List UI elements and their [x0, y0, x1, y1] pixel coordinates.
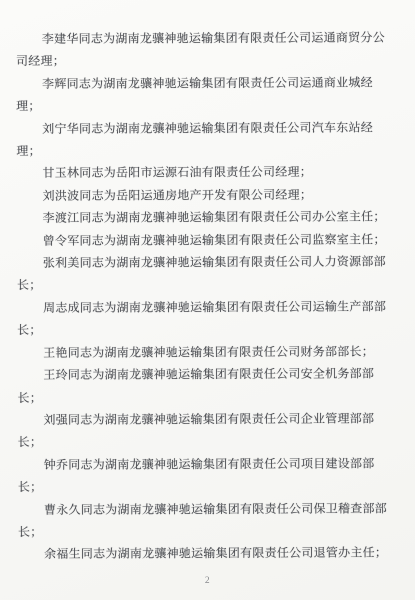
- text-line: 李建华同志为湖南龙骧神驰运输集团有限责任公司运通商贸分公: [16, 26, 394, 50]
- text-line: 曹永久同志为湖南龙骧神驰运输集团有限责任公司保卫稽查部部: [18, 497, 396, 521]
- text-line: 李渡江同志为湖南龙骧神驰运输集团有限责任公司办公室主任；: [17, 206, 395, 230]
- text-line: 理；: [16, 138, 394, 162]
- text-line: 周志成同志为湖南龙骧神驰运输集团有限责任公司运输生产部部: [17, 295, 395, 319]
- text-line: 刘宁华同志为湖南龙骧神驰运输集团有限责任公司汽车东站经: [16, 116, 394, 140]
- text-line: 长；: [17, 318, 395, 342]
- appointments-text-block: 李建华同志为湖南龙骧神驰运输集团有限责任公司运通商贸分公司经理；李辉同志为湖南龙…: [16, 26, 396, 565]
- text-line: 刘强同志为湖南龙骧神驰运输集团有限责任公司企业管理部部: [17, 407, 395, 431]
- text-line: 曾令军同志为湖南龙骧神驰运输集团有限责任公司监察室主任；: [17, 228, 395, 252]
- page-number: 2: [0, 576, 415, 586]
- text-line: 钟乔同志为湖南龙骧神驰运输集团有限责任公司项目建设部部: [18, 452, 396, 476]
- text-line: 理；: [16, 94, 394, 118]
- text-line: 张利美同志为湖南龙骧神驰运输集团有限责任公司人力资源部部: [17, 250, 395, 274]
- document-page: 李建华同志为湖南龙骧神驰运输集团有限责任公司运通商贸分公司经理；李辉同志为湖南龙…: [0, 0, 415, 600]
- text-line: 刘洪波同志为岳阳运通房地产开发有限公司经理；: [17, 183, 395, 207]
- text-line: 王玲同志为湖南龙骧神驰运输集团有限责任公司安全机务部部: [17, 362, 395, 386]
- text-line: 司经理；: [16, 49, 394, 73]
- text-line: 长；: [18, 474, 396, 498]
- text-line: 长；: [17, 273, 395, 297]
- text-line: 甘玉林同志为岳阳市运源石油有限责任公司经理；: [16, 161, 394, 185]
- text-line: 余福生同志为湖南龙骧神驰运输集团有限责任公司退管办主任；: [18, 542, 396, 566]
- text-line: 长；: [18, 430, 396, 454]
- text-line: 李辉同志为湖南龙骧神驰运输集团有限责任公司运通商业城经: [16, 71, 394, 95]
- text-line: 长；: [17, 385, 395, 409]
- text-line: 王艳同志为湖南龙骧神驰运输集团有限责任公司财务部部长；: [17, 340, 395, 364]
- text-line: 长；: [18, 519, 396, 543]
